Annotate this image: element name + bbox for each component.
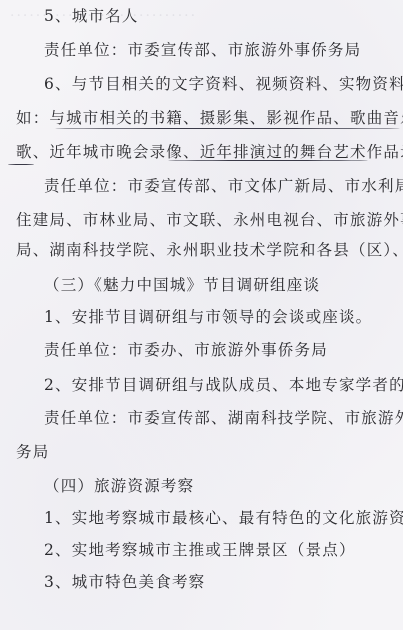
item-6-materials: 6、与节目相关的文字资料、视频资料、实物资料等。 [0,74,403,94]
item-1-meeting: 1、安排节目调研组与市领导的会谈或座谈。 [0,307,403,327]
body-line-examples: 如：与城市相关的书籍、摄影集、影视作品、歌曲音乐、诗 [0,108,403,128]
item-5-city-celebrities: 5、城市名人 [0,6,403,26]
item-2-symposium: 2、安排节目调研组与战队成员、本地专家学者的座谈。 [0,375,403,395]
handwritten-underline [168,160,368,161]
item-1-cultural-resources: 1、实地考察城市最核心、最有特色的文化旅游资源 [0,508,403,528]
handwritten-underline [55,128,400,129]
section-heading-4: （四）旅游资源考察 [0,476,403,496]
body-line-examples-cont: 歌、近年城市晚会录像、近年排演过的舞台艺术作品录像等。 [0,142,403,162]
responsibility-line: 责任单位：市委宣传部、湖南科技学院、市旅游外事侨 [0,408,403,428]
responsibility-line: 责任单位：市委办、市旅游外事侨务局 [0,340,403,360]
body-line: 务局 [0,442,403,462]
body-line: 局、湖南科技学院、永州职业技术学院和各县（区）、管理区 [0,240,403,260]
handwritten-underline [8,164,34,165]
scanned-document-page: ····························· 5、城市名人 责任单… [0,0,403,630]
section-heading-3: （三）《魅力中国城》节目调研组座谈 [0,275,403,295]
item-2-scenic-areas: 2、实地考察城市主推或王牌景区（景点） [0,540,403,560]
responsibility-line: 责任单位：市委宣传部、市旅游外事侨务局 [0,40,403,60]
responsibility-line: 责任单位：市委宣传部、市文体广新局、市水利局、市 [0,176,403,196]
item-3-food: 3、城市特色美食考察 [0,572,403,592]
body-line: 住建局、市林业局、市文联、永州电视台、市旅游外事侨务 [0,210,403,230]
